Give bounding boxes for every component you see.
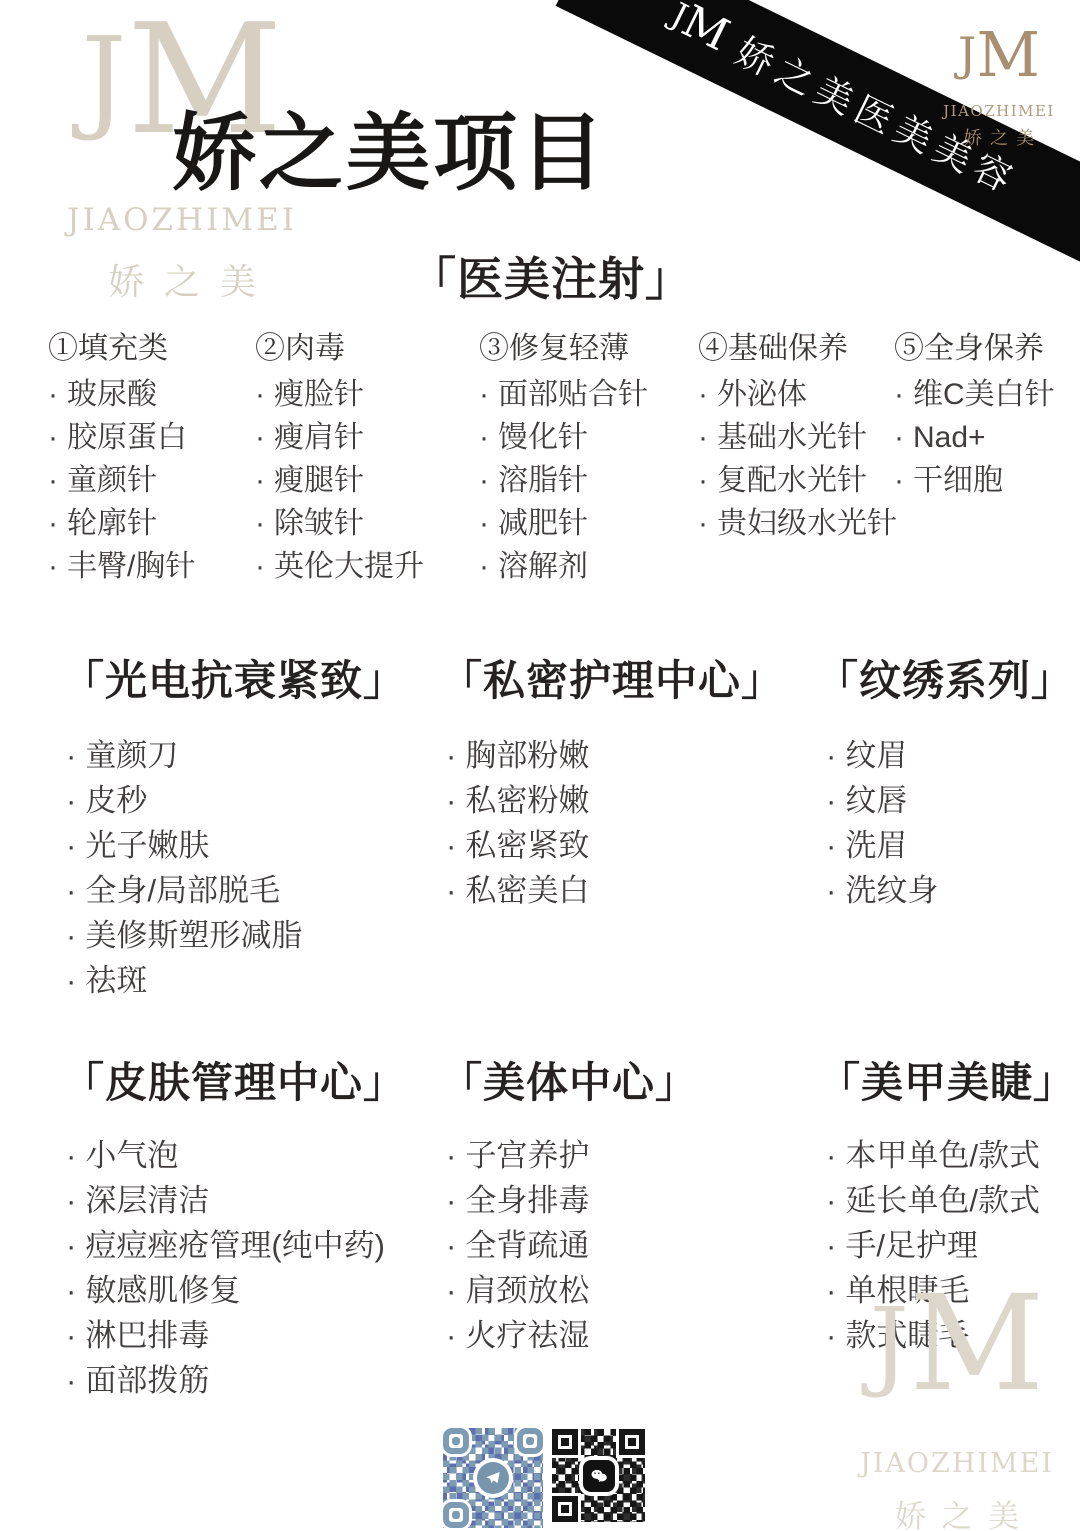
- qr-finder: [552, 1496, 578, 1522]
- list-item: 手/足护理: [826, 1223, 1040, 1268]
- list-item: 纹唇: [826, 778, 938, 823]
- list-item: 敏感肌修复: [66, 1268, 385, 1313]
- brand-watermark-bottom-right: JM JIAOZHIMEI 娇之美: [842, 1282, 1072, 1531]
- list-item: 贵妇级水光针: [698, 502, 894, 545]
- list-item: 祛斑: [66, 958, 302, 1003]
- list-item: 外泌体: [698, 373, 894, 416]
- list-item: 私密美白: [446, 868, 589, 913]
- injection-column-botox: ②肉毒 瘦脸针 瘦肩针 瘦腿针 除皱针 英伦大提升: [255, 330, 479, 588]
- list-item: 溶解剂: [479, 545, 698, 588]
- injection-column-fill: ①填充类 玻尿酸 胶原蛋白 童颜针 轮廓针 丰臀/胸针: [48, 330, 255, 588]
- jm-monogram: JM: [958, 26, 1040, 96]
- injection-column-basic-care: ④基础保养 外泌体 基础水光针 复配水光针 贵妇级水光针: [698, 330, 894, 588]
- list-item: 皮秒: [66, 778, 302, 823]
- brand-logo-top-right: JM JIAOZHIMEI 娇之美: [934, 26, 1064, 150]
- list-item: 面部拨筋: [66, 1358, 385, 1403]
- list-item: 馒化针: [479, 416, 698, 459]
- poster-page: JM JIAOZHIMEI 娇之美 娇之美项目 JM 娇之美医美美容 JM JI…: [0, 0, 1080, 1531]
- list-item: 复配水光针: [698, 459, 894, 502]
- list-item: 私密粉嫩: [446, 778, 589, 823]
- column-header: ⑤全身保养: [894, 330, 1062, 367]
- list-item: 瘦腿针: [255, 459, 479, 502]
- list-item: 肩颈放松: [446, 1268, 589, 1313]
- list-item: 轮廓针: [48, 502, 255, 545]
- photoelectric-list: 童颜刀 皮秒 光子嫩肤 全身/局部脱毛 美修斯塑形减脂 祛斑: [66, 733, 302, 1003]
- monogram-letter-j: J: [870, 1298, 909, 1391]
- wechat-icon: [583, 1460, 615, 1492]
- list-item: 本甲单色/款式: [826, 1133, 1040, 1178]
- tattoo-list: 纹眉 纹唇 洗眉 洗纹身: [826, 733, 938, 913]
- list-item: 火疗祛湿: [446, 1313, 589, 1358]
- monogram-letter-j: J: [958, 33, 976, 77]
- list-item: 童颜针: [48, 459, 255, 502]
- injection-column-body-care: ⑤全身保养 维C美白针 Nad+ 干细胞: [894, 330, 1062, 588]
- list-item: 除皱针: [255, 502, 479, 545]
- brand-name-cn: 娇之美: [52, 254, 312, 305]
- column-header: ②肉毒: [255, 330, 479, 367]
- list-item: 淋巴排毒: [66, 1313, 385, 1358]
- list-item: 全身/局部脱毛: [66, 868, 302, 913]
- section-header-skin-management: 「皮肤管理中心」: [62, 1050, 406, 1110]
- qr-finder: [443, 1502, 469, 1528]
- list-item: 洗眉: [826, 823, 938, 868]
- telegram-qr-code: [441, 1426, 545, 1530]
- list-item: 美修斯塑形减脂: [66, 913, 302, 958]
- brand-name-cn: 娇之美: [842, 1491, 1072, 1531]
- list-item: 胸部粉嫩: [446, 733, 589, 778]
- brand-name-en: JIAOZHIMEI: [52, 202, 312, 238]
- list-item: 全背疏通: [446, 1223, 589, 1268]
- qr-finder: [552, 1429, 578, 1455]
- skin-management-list: 小气泡 深层清洁 痘痘痤疮管理(纯中药) 敏感肌修复 淋巴排毒 面部拨筋: [66, 1133, 385, 1403]
- section-header-photoelectric: 「光电抗衰紧致」: [62, 648, 406, 708]
- qr-finder: [619, 1429, 645, 1455]
- qr-finder: [443, 1428, 469, 1454]
- list-item: Nad+: [894, 416, 1062, 459]
- list-item: 基础水光针: [698, 416, 894, 459]
- page-title: 娇之美项目: [172, 86, 607, 207]
- list-item: 全身排毒: [446, 1178, 589, 1223]
- injection-columns: ①填充类 玻尿酸 胶原蛋白 童颜针 轮廓针 丰臀/胸针 ②肉毒 瘦脸针 瘦肩针 …: [48, 330, 1066, 588]
- list-item: 瘦肩针: [255, 416, 479, 459]
- list-item: 面部贴合针: [479, 373, 698, 416]
- list-item: 子宫养护: [446, 1133, 589, 1178]
- list-item: 纹眉: [826, 733, 938, 778]
- list-item: 深层清洁: [66, 1178, 385, 1223]
- list-item: 丰臀/胸针: [48, 545, 255, 588]
- list-item: 童颜刀: [66, 733, 302, 778]
- list-item: 玻尿酸: [48, 373, 255, 416]
- column-header: ④基础保养: [698, 330, 894, 367]
- list-item: 干细胞: [894, 459, 1062, 502]
- list-item: 小气泡: [66, 1133, 385, 1178]
- section-header-body-center: 「美体中心」: [440, 1050, 698, 1110]
- section-header-tattoo: 「纹绣系列」: [816, 648, 1074, 708]
- telegram-plane-icon: [477, 1462, 509, 1494]
- list-item: 延长单色/款式: [826, 1178, 1040, 1223]
- list-item: 溶脂针: [479, 459, 698, 502]
- list-item: 维C美白针: [894, 373, 1062, 416]
- brand-name-en: JIAOZHIMEI: [842, 1448, 1072, 1479]
- list-item: 痘痘痤疮管理(纯中药): [66, 1223, 385, 1268]
- qr-finder: [517, 1428, 543, 1454]
- list-item: 私密紧致: [446, 823, 589, 868]
- list-item: 减肥针: [479, 502, 698, 545]
- section-header-private-care: 「私密护理中心」: [440, 648, 784, 708]
- list-item: 英伦大提升: [255, 545, 479, 588]
- wechat-qr-code: [550, 1427, 647, 1524]
- brand-name-cn: 娇之美: [934, 124, 1064, 150]
- injection-column-repair: ③修复轻薄 面部贴合针 馒化针 溶脂针 减肥针 溶解剂: [479, 330, 698, 588]
- section-header-nail-lash: 「美甲美睫」: [818, 1050, 1076, 1110]
- list-item: 光子嫩肤: [66, 823, 302, 868]
- list-item: 胶原蛋白: [48, 416, 255, 459]
- list-item: 洗纹身: [826, 868, 938, 913]
- section-header-injection: 「医美注射」: [410, 243, 692, 309]
- brand-name-en: JIAOZHIMEI: [934, 102, 1064, 120]
- monogram-letter-j: J: [81, 26, 126, 133]
- private-care-list: 胸部粉嫩 私密粉嫩 私密紧致 私密美白: [446, 733, 589, 913]
- column-header: ③修复轻薄: [479, 330, 698, 367]
- jm-monogram: JM: [664, 0, 735, 58]
- body-center-list: 子宫养护 全身排毒 全背疏通 肩颈放松 火疗祛湿: [446, 1133, 589, 1358]
- jm-monogram: JM: [870, 1282, 1045, 1430]
- column-header: ①填充类: [48, 330, 255, 367]
- list-item: 瘦脸针: [255, 373, 479, 416]
